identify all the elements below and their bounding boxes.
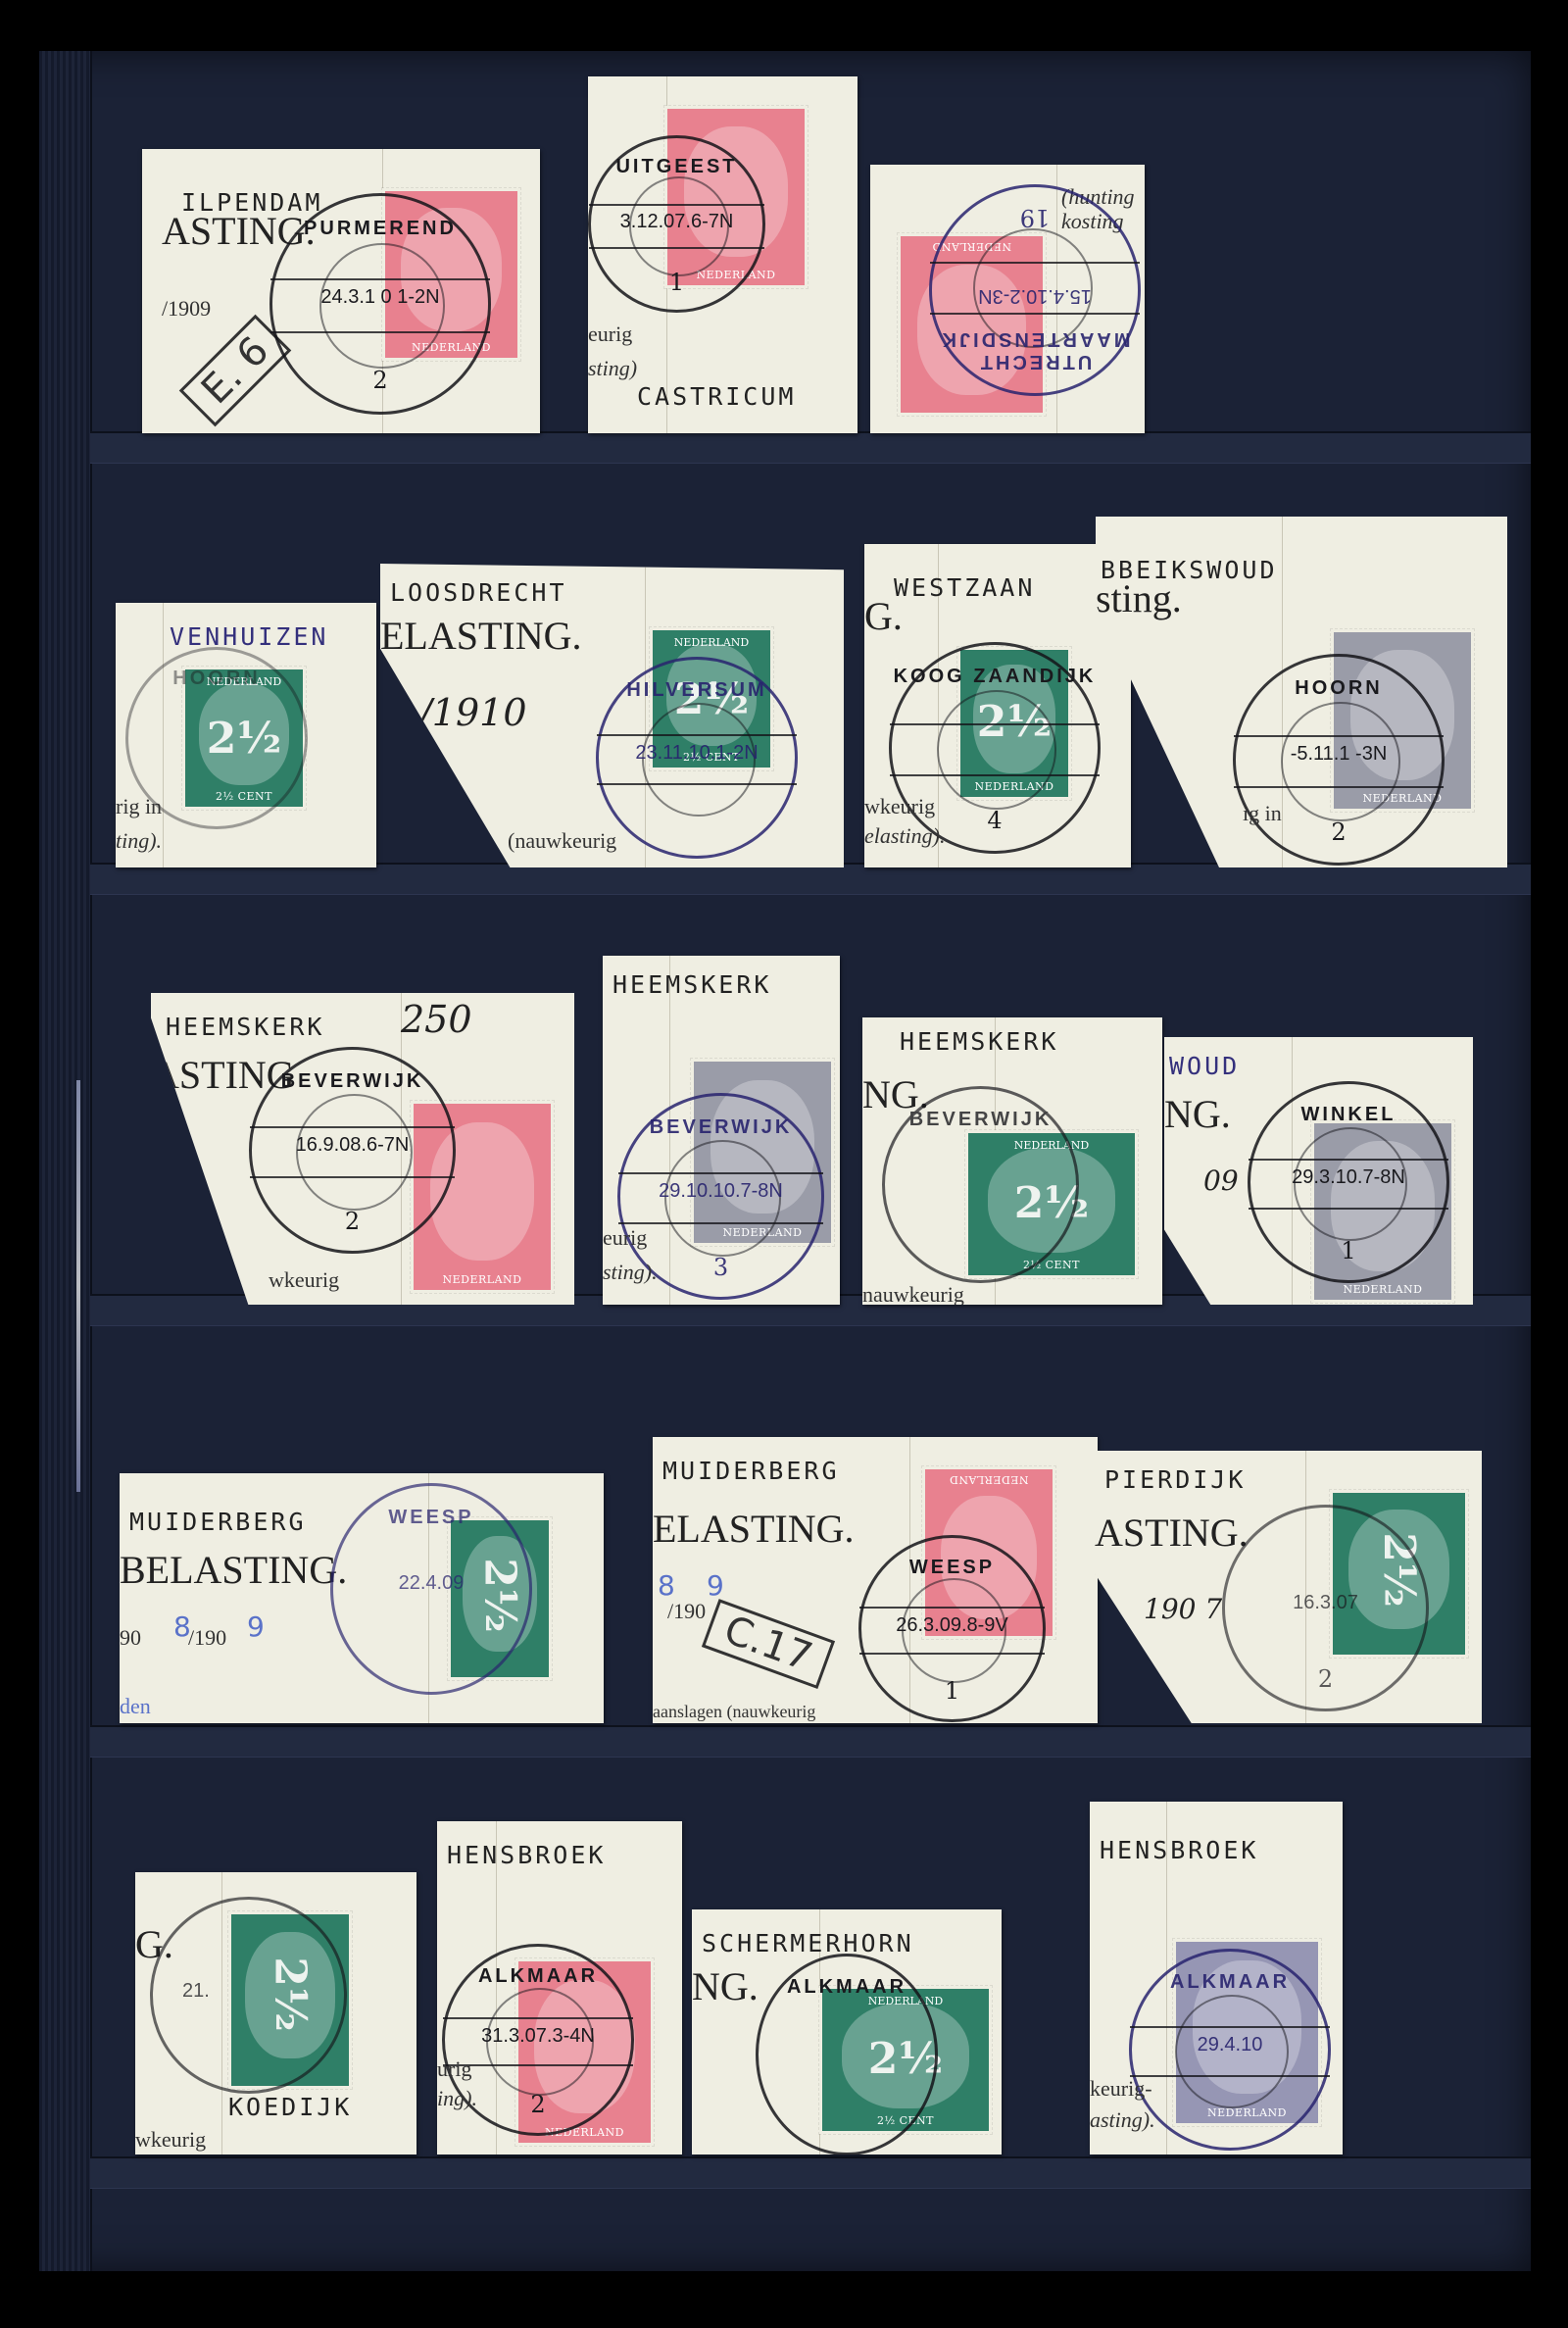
postmark-circle: PURMEREND 24.3.1 0 1-2N 2 [269,193,491,415]
town-line-cancel: LOOSDRECHT [390,578,567,607]
form-text: /1909 [162,296,211,322]
handwritten-year: 190 7 [1144,1593,1222,1625]
form-text: /190 [188,1625,226,1651]
town-line-cancel: SCHERMERHORN [702,1929,914,1957]
form-text: ting). [116,828,162,854]
form-text: 90 [120,1625,141,1651]
form-text: eurig [588,322,632,347]
album-strip [90,431,1531,464]
town-line-cancel: CASTRICUM [637,382,796,411]
printed-text: G. [864,593,903,639]
postmark-circle: 16.3.07 2 [1222,1505,1429,1711]
form-text: wkeurig [864,794,935,819]
printed-text: BELASTING. [120,1547,347,1593]
town-line-cancel: HEEMSKERK [612,970,771,999]
form-text: wkeurig [269,1267,339,1293]
town-line-cancel: HENSBROEK [447,1841,606,1869]
postmark-circle: UITGEEST 3.12.07.6-7N 1 [588,135,765,313]
form-text: aanslagen (nauwkeurig [653,1702,815,1722]
stamp-piece[interactable]: MUIDERBERG BELASTING. 90 8 /190 9 den 2½… [120,1473,604,1723]
town-line-cancel: MUIDERBERG [129,1508,307,1536]
stamp-piece[interactable]: MUIDERBERG ELASTING. 8 9 /190 C.17 NEDER… [653,1437,1098,1723]
form-text: nauwkeurig [862,1282,964,1305]
form-text: sting). [603,1260,658,1285]
form-text: /190 [667,1599,706,1624]
town-line-cancel: PIERDIJK [1104,1465,1246,1494]
printed-text: ELASTING. [653,1506,855,1552]
town-line-cancel: MUIDERBERG [662,1457,840,1485]
form-text: ing). [437,2086,477,2111]
postmark-circle: WEESP 22.4.09 [330,1483,532,1695]
stamp-piece[interactable]: HEEMSKERK NG. NEDERLAND2½2½ CENT BEVERWI… [862,1017,1162,1305]
printed-text: NG. [1164,1091,1231,1137]
form-text: wkeurig [135,2127,206,2153]
stamp-piece[interactable]: SCHERMERHORN NG. NEDERLAND2½2½ CENT ALKM… [692,1909,1002,2155]
town-line-cancel: VENHUIZEN [170,622,328,651]
stamp-piece[interactable]: ILPENDAM ASTING. /1909 E. 6 NEDERLAND PU… [142,149,540,433]
stamp-piece[interactable]: HENSBROEK NEDERLAND ALKMAAR 31.3.07.3-4N… [437,1821,682,2155]
form-text: sting) [588,356,637,381]
form-text: elasting). [864,823,946,849]
stamp-piece[interactable]: HEEMSKERK NEDERLAND BEVERWIJK 29.10.10.7… [603,956,840,1305]
postmark-circle: BEVERWIJK 16.9.08.6-7N 2 [249,1047,456,1254]
handwritten-number: 250 [401,998,472,1041]
postmark-circle: HOORN -5.11.1 -3N 2 [1233,654,1445,866]
printed-text: ELASTING. [380,613,582,659]
printed-text: NG. [692,1963,759,2009]
stamp-piece[interactable]: WESTZAAN G. 2½NEDERLAND KOOG ZAANDIJK 4 … [864,544,1131,867]
blue-number: 9 [247,1610,265,1643]
stamp-piece[interactable]: HENSBROEK NEDERLAND ALKMAAR 29.4.10 keur… [1090,1802,1343,2155]
form-text: rig in [116,794,162,819]
handwritten-year: /1910 [419,691,527,734]
postmark-circle: WEESP 26.3.09.8-9V 1 [858,1535,1046,1722]
town-line-cancel: HENSBROEK [1100,1836,1258,1864]
blue-number: 9 [707,1569,724,1602]
town-line-cancel: WOUD [1169,1052,1240,1080]
town-line-cancel: WESTZAAN [894,573,1035,602]
printed-text: ASTING. [1095,1510,1249,1556]
stamp-piece[interactable]: (hunting kosting NEDERLAND UTRECHT MAART… [870,165,1145,433]
form-text: (nauwkeurig [508,828,616,854]
binding-glint [76,1080,80,1492]
form-text: urig [437,2056,471,2082]
stamp-piece[interactable]: G. 2½ 21. KOEDIJK wkeurig [135,1872,416,2155]
postmark-circle: HILVERSUM 23.11.10.1-2N [596,657,798,859]
handwritten-year: 09 [1203,1164,1239,1197]
form-text: ig in [1243,801,1282,826]
album-binding [39,51,92,2271]
town-line-cancel: KOEDIJK [228,2093,352,2121]
postmark-circle: BEVERWIJK [882,1086,1079,1283]
town-line-cancel: HEEMSKERK [900,1027,1058,1056]
stamp-piece[interactable]: NEDERLAND UITGEEST 3.12.07.6-7N 1 eurig … [588,76,857,433]
album-strip [90,2156,1531,2189]
postmark-circle: KOOG ZAANDIJK 4 [889,642,1101,854]
stamp-piece[interactable]: VENHUIZEN NEDERLAND2½2½ CENT HOORN rig i… [116,603,376,867]
stamp-piece[interactable]: WOUD NG. 09 NEDERLAND WINKEL 29.3.10.7-8… [1164,1037,1473,1305]
box-mark: C.17 [702,1599,835,1689]
postmark-circle: UTRECHT MAARTENSDIJK 15.4.10.2-3N 19 [929,184,1141,396]
postmark-circle: WINKEL 29.3.10.7-8N 1 [1248,1081,1449,1283]
town-line-cancel: HEEMSKERK [166,1013,324,1041]
form-text: eurig [603,1225,647,1251]
printed-text: sting. [1096,575,1182,621]
postmark-circle: 21. [150,1897,347,2094]
form-text: asting). [1090,2107,1155,2133]
form-text: den [120,1694,151,1719]
blue-number: 8 [658,1569,675,1602]
postmark-circle: ALKMAAR [756,1954,938,2155]
album-strip [90,1725,1531,1758]
form-text: keurig- [1090,2076,1152,2102]
postmark-circle: ALKMAAR 29.4.10 [1129,1949,1331,2151]
